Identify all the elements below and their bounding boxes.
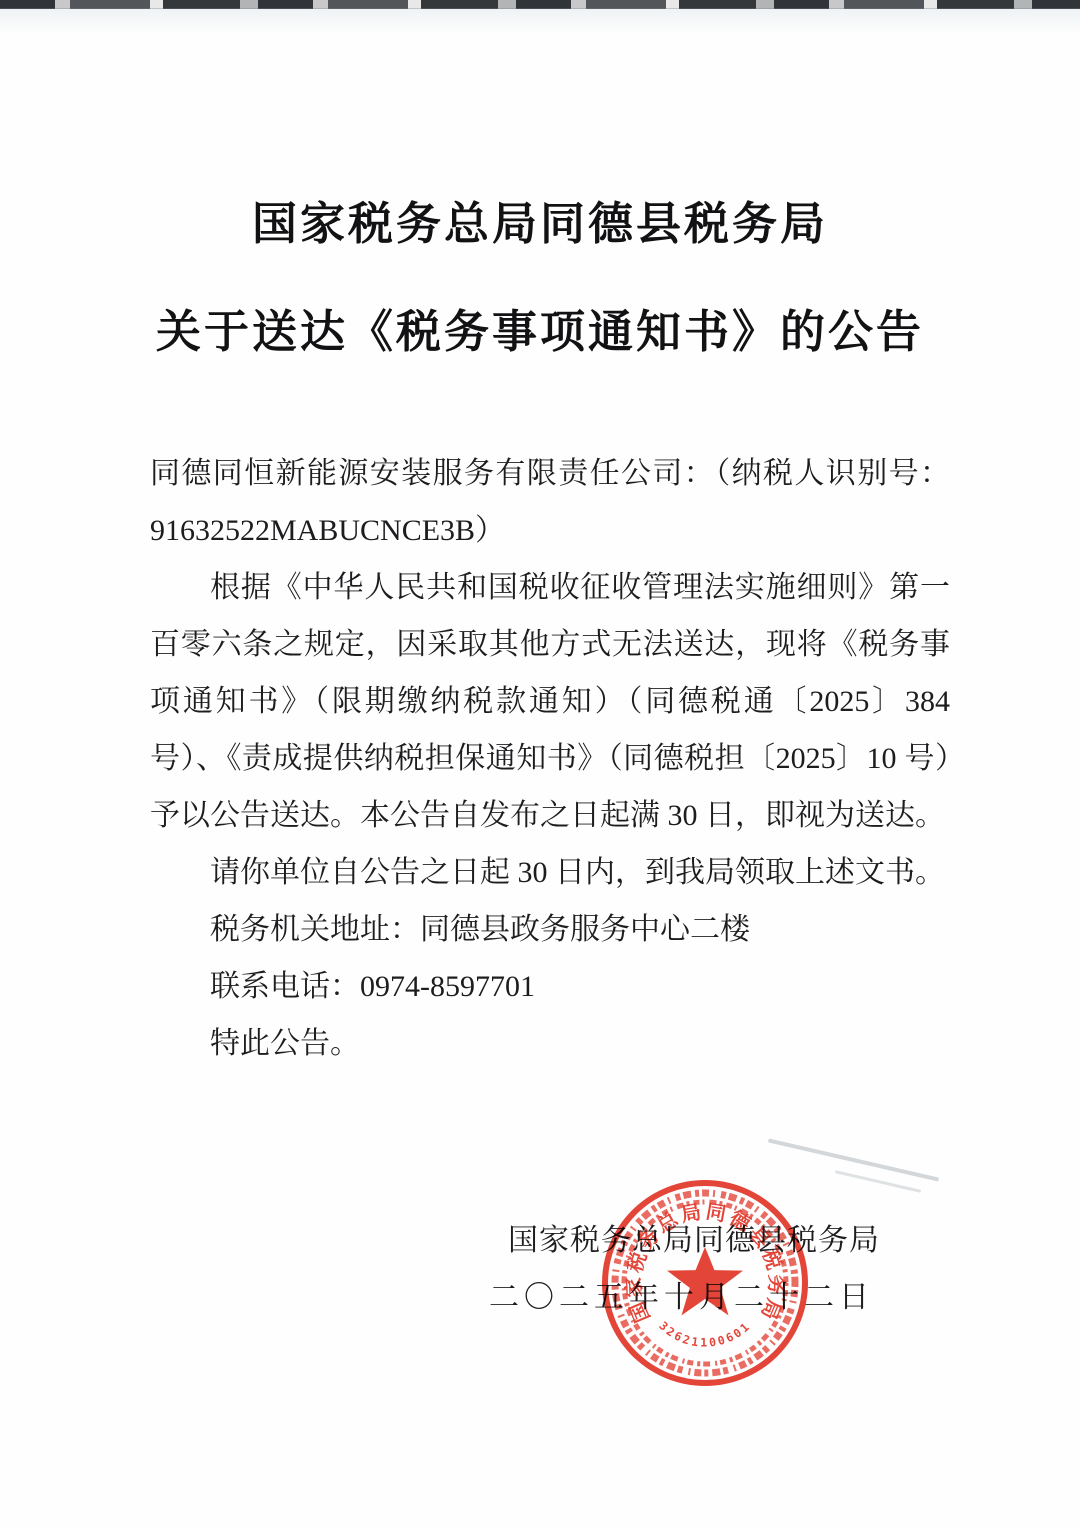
paragraph-legal-basis: 根据《中华人民共和国税收征收管理法实施细则》第一百零六条之规定，因采取其他方式无… (150, 559, 950, 844)
official-seal-graphic: 国家税务总局同德县税务局 0326211006017 (598, 1176, 812, 1390)
scan-artifact-shadow (0, 9, 1080, 35)
scan-artifact-top-edge (0, 0, 1080, 9)
paragraph-contact-phone: 联系电话：0974-8597701 (150, 958, 950, 1015)
document-title-line2: 关于送达《税务事项通知书》的公告 (0, 304, 1080, 360)
official-seal: 国家税务总局同德县税务局 0326211006017 (598, 1176, 812, 1390)
document-title-line1: 国家税务总局同德县税务局 (0, 196, 1080, 252)
document-body: 同德同恒新能源安装服务有限责任公司：（纳税人识别号：91632522MABUCN… (150, 445, 950, 1072)
paragraph-closing: 特此公告。 (150, 1015, 950, 1072)
document-page: 国家税务总局同德县税务局 关于送达《税务事项通知书》的公告 同德同恒新能源安装服… (0, 0, 1080, 1529)
seal-star-icon (667, 1247, 743, 1315)
paragraph-pickup-instruction: 请你单位自公告之日起 30 日内，到我局领取上述文书。 (150, 844, 950, 901)
paragraph-recipient: 同德同恒新能源安装服务有限责任公司：（纳税人识别号：91632522MABUCN… (150, 445, 950, 559)
paragraph-office-address: 税务机关地址：同德县政务服务中心二楼 (150, 901, 950, 958)
